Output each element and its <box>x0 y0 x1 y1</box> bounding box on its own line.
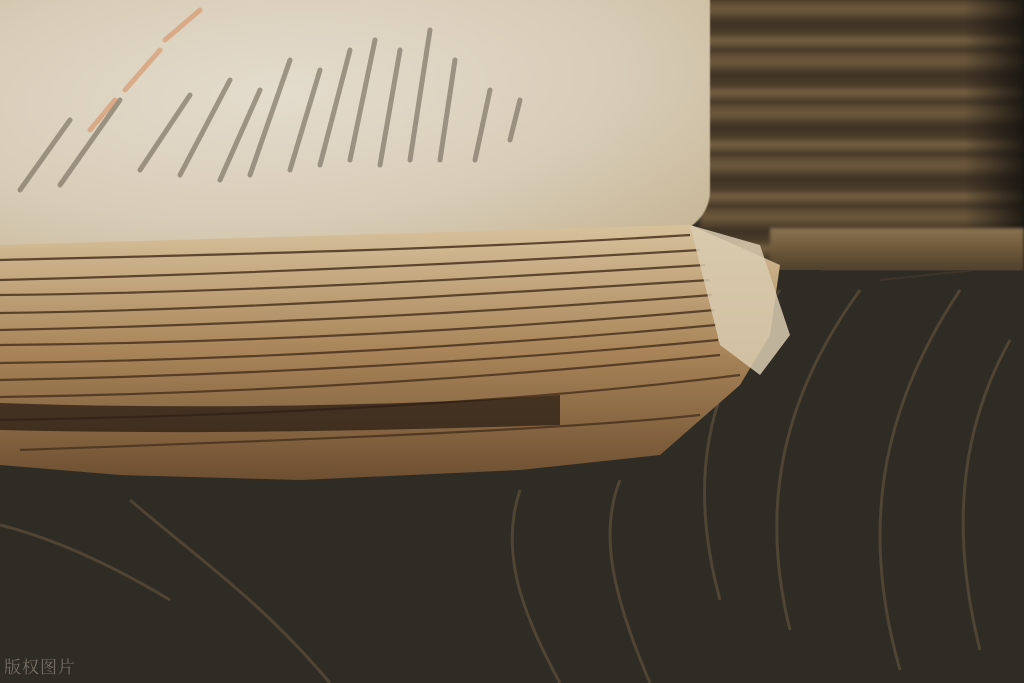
photo-scene: 版权图片 <box>0 0 1024 683</box>
background-board-edge <box>770 228 1024 274</box>
book-page-edges <box>0 225 800 495</box>
page-printed-text <box>0 0 700 240</box>
copyright-watermark: 版权图片 <box>4 653 76 678</box>
